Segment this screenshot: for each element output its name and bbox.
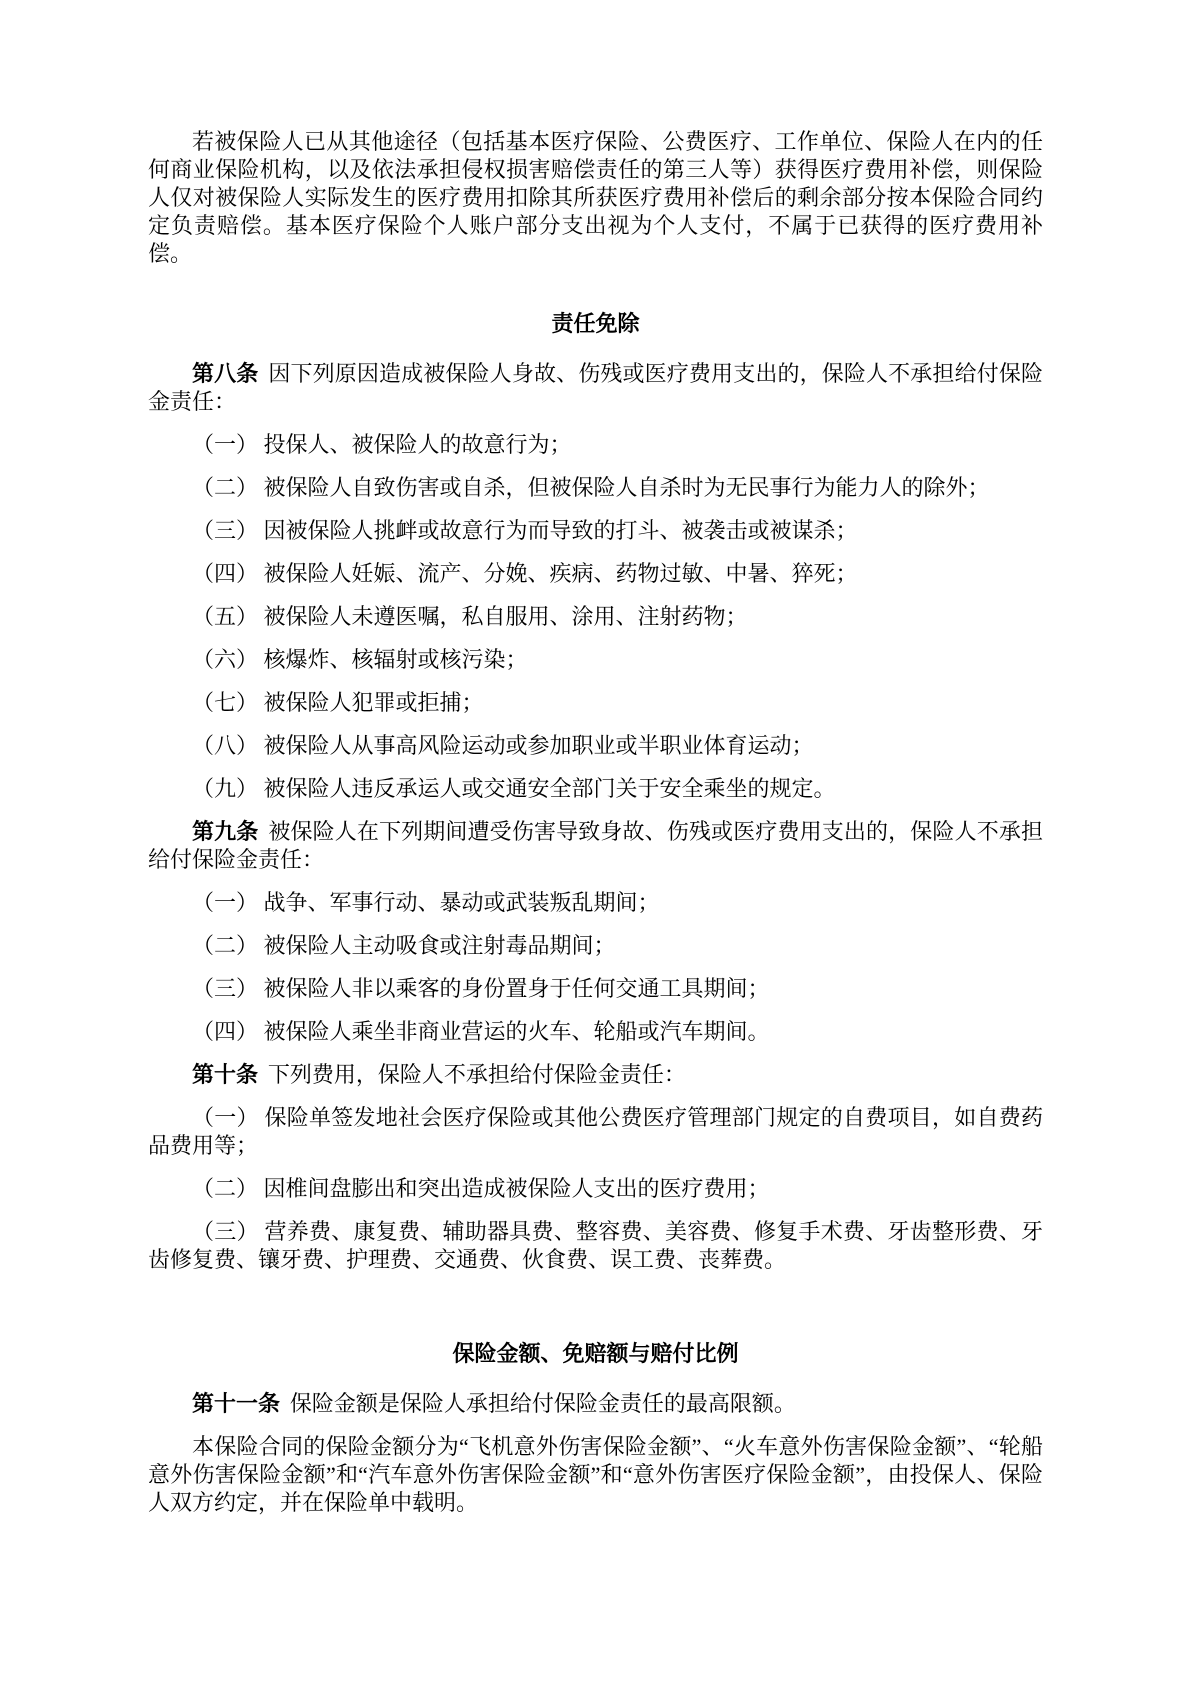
article-8-item-2: （二） 被保险人自致伤害或自杀，但被保险人自杀时为无民事行为能力人的除外；	[148, 474, 1043, 502]
article-11-label: 第十一条	[192, 1391, 280, 1416]
article-10-text: 下列费用，保险人不承担给付保险金责任：	[268, 1062, 686, 1087]
article-8-item-5: （五） 被保险人未遵医嘱，私自服用、涂用、注射药物；	[148, 603, 1043, 631]
article-8: 第八条因下列原因造成被保险人身故、伤残或医疗费用支出的，保险人不承担给付保险金责…	[148, 360, 1043, 416]
intro-paragraph: 若被保险人已从其他途径（包括基本医疗保险、公费医疗、工作单位、保险人在内的任何商…	[148, 128, 1043, 268]
article-9: 第九条被保险人在下列期间遭受伤害导致身故、伤残或医疗费用支出的，保险人不承担给付…	[148, 818, 1043, 874]
article-10-item-2: （二） 因椎间盘膨出和突出造成被保险人支出的医疗费用；	[148, 1175, 1043, 1203]
amount-paragraph: 本保险合同的保险金额分为“飞机意外伤害保险金额”、“火车意外伤害保险金额”、“轮…	[148, 1433, 1043, 1517]
article-8-item-4: （四） 被保险人妊娠、流产、分娩、疾病、药物过敏、中暑、猝死；	[148, 560, 1043, 588]
article-8-item-1: （一） 投保人、被保险人的故意行为；	[148, 431, 1043, 459]
article-8-text: 因下列原因造成被保险人身故、伤残或医疗费用支出的，保险人不承担给付保险金责任：	[148, 361, 1043, 414]
article-9-text: 被保险人在下列期间遭受伤害导致身故、伤残或医疗费用支出的，保险人不承担给付保险金…	[148, 819, 1043, 872]
article-8-item-7: （七） 被保险人犯罪或拒捕；	[148, 689, 1043, 717]
article-9-item-1: （一） 战争、军事行动、暴动或武装叛乱期间；	[148, 889, 1043, 917]
article-10-item-3: （三） 营养费、康复费、辅助器具费、整容费、美容费、修复手术费、牙齿整形费、牙齿…	[148, 1218, 1043, 1274]
article-8-label: 第八条	[192, 361, 258, 386]
article-8-item-3: （三） 因被保险人挑衅或故意行为而导致的打斗、被袭击或被谋杀；	[148, 517, 1043, 545]
article-11-text: 保险金额是保险人承担给付保险金责任的最高限额。	[290, 1391, 796, 1416]
article-9-label: 第九条	[192, 819, 258, 844]
article-10-label: 第十条	[192, 1062, 258, 1087]
article-10: 第十条下列费用，保险人不承担给付保险金责任：	[148, 1061, 1043, 1089]
article-11: 第十一条保险金额是保险人承担给付保险金责任的最高限额。	[148, 1390, 1043, 1418]
section-heading-insured-amount: 保险金额、免赔额与赔付比例	[148, 1340, 1043, 1368]
section-heading-liability-exemption: 责任免除	[148, 310, 1043, 338]
article-8-item-9: （九） 被保险人违反承运人或交通安全部门关于安全乘坐的规定。	[148, 775, 1043, 803]
article-8-item-8: （八） 被保险人从事高风险运动或参加职业或半职业体育运动；	[148, 732, 1043, 760]
article-9-item-2: （二） 被保险人主动吸食或注射毒品期间；	[148, 932, 1043, 960]
article-10-item-1: （一） 保险单签发地社会医疗保险或其他公费医疗管理部门规定的自费项目，如自费药品…	[148, 1104, 1043, 1160]
article-8-item-6: （六） 核爆炸、核辐射或核污染；	[148, 646, 1043, 674]
article-9-item-4: （四） 被保险人乘坐非商业营运的火车、轮船或汽车期间。	[148, 1018, 1043, 1046]
document-page: 若被保险人已从其他途径（包括基本医疗保险、公费医疗、工作单位、保险人在内的任何商…	[0, 0, 1191, 1684]
article-9-item-3: （三） 被保险人非以乘客的身份置身于任何交通工具期间；	[148, 975, 1043, 1003]
